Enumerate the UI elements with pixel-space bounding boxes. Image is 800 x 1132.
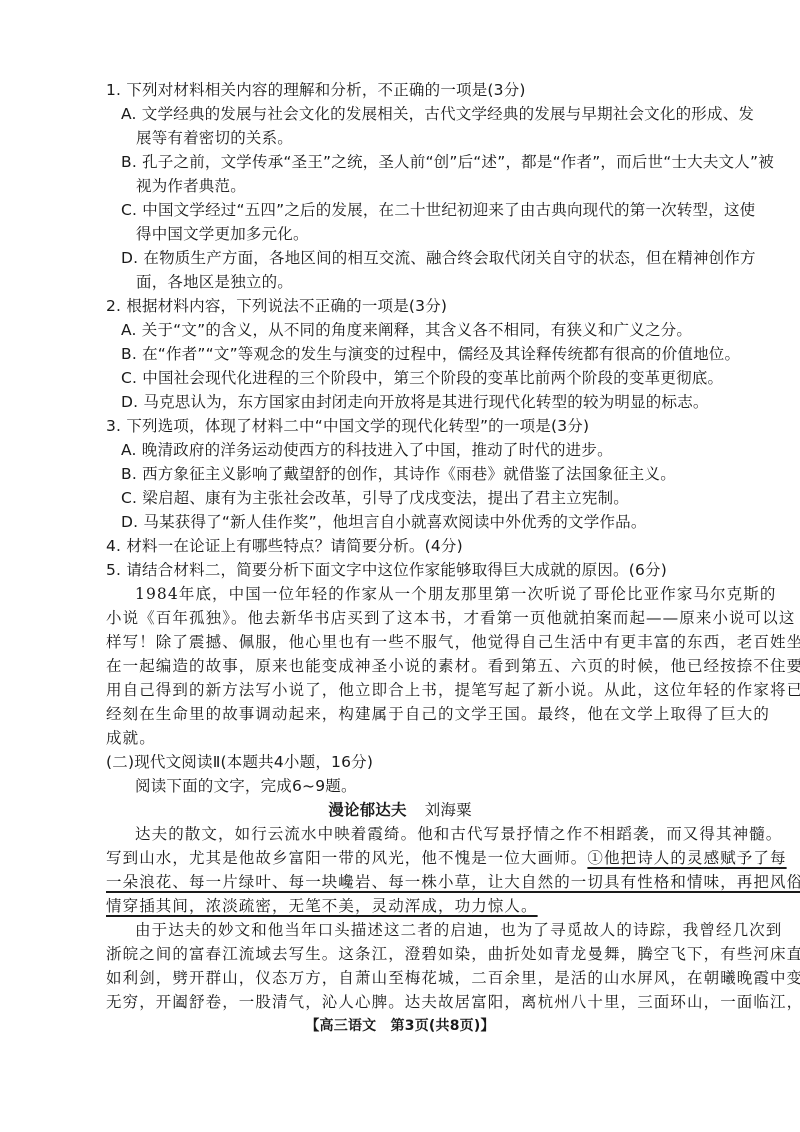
q3-option-b: B. 西方象征主义影响了戴望舒的创作，其诗作《雨巷》就借鉴了法国象征主义。 (121, 464, 676, 484)
article-p1-line: 写到山水，尤其是他故乡富阳一带的风光，他不愧是一位大画师。①他把诗人的灵感赋予了… (106, 848, 787, 868)
q2-option-c: C. 中国社会现代化进程的三个阶段中，第三个阶段的变革比前两个阶段的变革更彻底。 (121, 368, 723, 388)
q1-option-d-cont: 面，各地区是独立的。 (136, 272, 293, 292)
article-p2-line: 由于达夫的妙文和他当年口头描述这二者的启迪，也为了寻觅故人的诗踪，我曾经几次到 (135, 920, 782, 940)
q5-passage-line: 用自己得到的新方法写小说了，他立即合上书，提笔写起了新小说。从此，这位年轻的作家… (106, 680, 800, 700)
q1-option-b: B. 孔子之前，文学传承“圣王”之统，圣人前“创”后“述”，都是“作者”，而后世… (121, 152, 774, 172)
underlined-sentence-1-cont: 一朵浪花、每一片绿叶、每一块巉岩、每一株小草，让大自然的一切具有性格和情味，再把… (106, 872, 800, 892)
q5-passage-line: 样写！除了震撼、佩服，他心里也有一些不服气，他觉得自己生活中有更丰富的东西，老百… (106, 632, 800, 652)
section-instruction: 阅读下面的文字，完成6~9题。 (135, 776, 357, 796)
underlined-sentence-1-end: 情穿插其间，浓淡疏密，无笔不美，灵动浑成，功力惊人。 (106, 896, 538, 916)
q1-option-c-cont: 得中国文学更加多元化。 (136, 224, 309, 244)
question-1-stem: 1. 下列对材料相关内容的理解和分析，不正确的一项是(3分) (106, 80, 526, 100)
article-p2-line: 如利剑，劈开群山，仪态万方，自萧山至梅花城，二百余里，是活的山水屏风，在朝曦晚霞… (106, 968, 800, 988)
q1-option-b-cont: 视为作者典范。 (136, 176, 246, 196)
article-title-line: 漫论郁达夫刘海粟 (0, 800, 800, 820)
article-author: 刘海粟 (425, 801, 472, 819)
q1-option-a-cont: 展等有着密切的关系。 (136, 128, 293, 148)
article-p1-line: 达夫的散文，如行云流水中映着霞绮。他和古代写景抒情之作不相蹈袭，而又得其神髓。 (135, 824, 782, 844)
q3-option-d: D. 马某获得了“新人佳作奖”，他坦言自小就喜欢阅读中外优秀的文学作品。 (121, 512, 647, 532)
question-5-stem: 5. 请结合材料二，简要分析下面文字中这位作家能够取得巨大成就的原因。(6分) (106, 560, 667, 580)
q5-passage-line: 成就。 (106, 728, 156, 748)
question-3-stem: 3. 下列选项，体现了材料二中“中国文学的现代化转型”的一项是(3分) (106, 416, 589, 436)
q2-option-a: A. 关于“文”的含义，从不同的角度来阐释，其含义各不相同，有狭义和广义之分。 (121, 320, 692, 340)
q5-passage-line: 1984年底，中国一位年轻的作家从一个朋友那里第一次听说了哥伦比亚作家马尔克斯的 (135, 584, 776, 604)
q3-option-a: A. 晚清政府的洋务运动使西方的科技进入了中国，推动了时代的进步。 (121, 440, 613, 460)
q1-option-c: C. 中国文学经过“五四”之后的发展，在二十世纪初迎来了由古典向现代的第一次转型… (121, 200, 755, 220)
exam-page: 1. 下列对材料相关内容的理解和分析，不正确的一项是(3分) A. 文学经典的发… (0, 0, 800, 1132)
article-title: 漫论郁达夫 (328, 801, 407, 819)
q1-option-d: D. 在物质生产方面，各地区间的相互交流、融合终会取代闭关自守的状态，但在精神创… (121, 248, 756, 268)
section-heading: (二)现代文阅读Ⅱ(本题共4小题，16分) (106, 752, 373, 772)
underlined-sentence-1: ①他把诗人的灵感赋予了每 (587, 849, 786, 867)
q2-option-d: D. 马克思认为，东方国家由封闭走向开放将是其进行现代化转型的较为明显的标志。 (121, 392, 709, 412)
article-p2-line: 浙皖之间的富春江流域去写生。这条江，澄碧如染，曲折处如青龙曼舞，腾空飞下，有些河… (106, 944, 800, 964)
question-4-stem: 4. 材料一在论证上有哪些特点？请简要分析。(4分) (106, 536, 463, 556)
q5-passage-line: 小说《百年孤独》。他去新华书店买到了这本书，才看第一页他就拍案而起——原来小说可… (106, 608, 795, 628)
article-p2-line: 无穷，开阖舒卷，一股清气，沁人心脾。达夫故居富阳，离杭州八十里，三面环山，一面临… (106, 992, 800, 1012)
q3-option-c: C. 梁启超、康有为主张社会改革，引导了戊戌变法，提出了君主立宪制。 (121, 488, 629, 508)
question-2-stem: 2. 根据材料内容，下列说法不正确的一项是(3分) (106, 296, 447, 316)
q5-passage-line: 经刻在生命里的故事调动起来，构建属于自己的文学王国。最终，他在文学上取得了巨大的 (106, 704, 770, 724)
page-footer: 【高三语文 第3页(共8页)】 (0, 1016, 800, 1036)
q1-option-a: A. 文学经典的发展与社会文化的发展相关，古代文学经典的发展与早期社会文化的形成… (121, 104, 754, 124)
q2-option-b: B. 在“作者”“文”等观念的发生与演变的过程中，儒经及其诠释传统都有很高的价值… (121, 344, 740, 364)
q5-passage-line: 在一起编造的故事，原来也能变成神圣小说的素材。看到第五、六页的时候，他已经按捺不… (106, 656, 800, 676)
article-p1-text: 写到山水，尤其是他故乡富阳一带的风光，他不愧是一位大画师。 (106, 849, 587, 867)
